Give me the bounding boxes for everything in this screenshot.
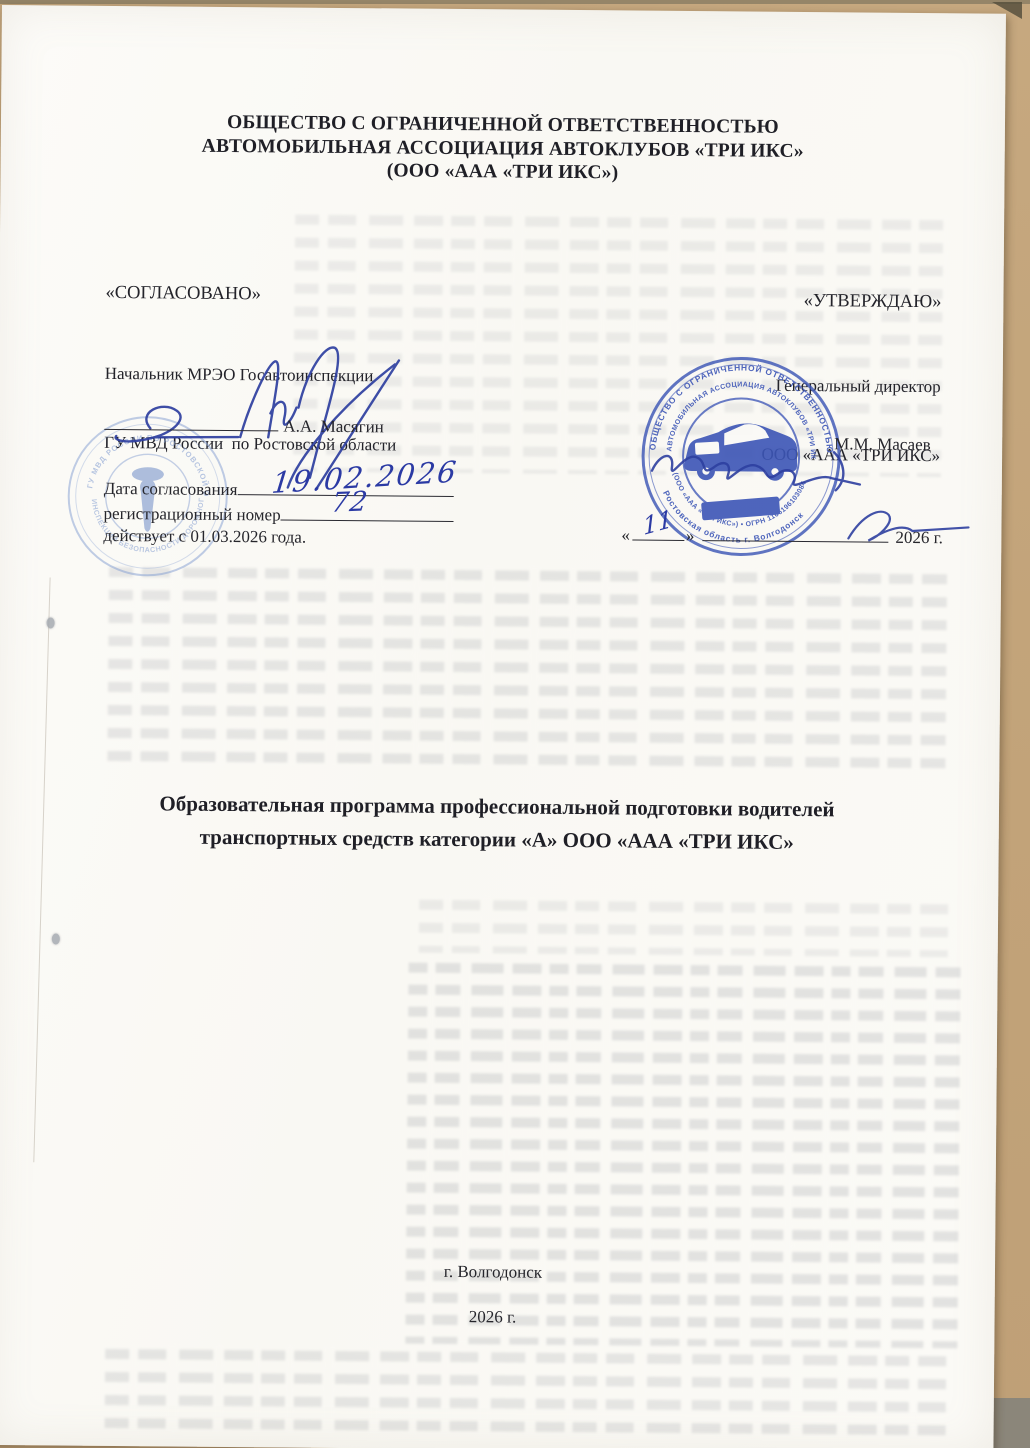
- quote-open: «: [619, 525, 632, 545]
- blank-line: [237, 477, 453, 497]
- bleedthrough-text-area: [105, 1344, 951, 1439]
- signature-line: [104, 412, 278, 432]
- footer-city: г. Волгодонск: [0, 1258, 995, 1287]
- footer-year: 2026 г.: [0, 1303, 995, 1332]
- bleedthrough-text-area: [419, 895, 954, 958]
- agreed-reg-label: регистрационный номер: [103, 504, 280, 526]
- agreed-label: «СОГЛАСОВАНО»: [105, 283, 261, 305]
- month-blank-line: [702, 523, 888, 543]
- staple-mark: [47, 617, 55, 628]
- agreed-date-label: Дата согласования: [104, 479, 238, 500]
- org-header: ОБЩЕСТВО С ОГРАНИЧЕННОЙ ОТВЕТСТВЕННОСТЬЮ…: [0, 109, 1005, 188]
- agreed-valid-from: действует с 01.03.2026 года.: [103, 526, 306, 548]
- bleedthrough-text-area: [107, 562, 947, 771]
- page-crease: [33, 577, 50, 1162]
- approved-date-ink-flourish: [840, 502, 990, 547]
- staple-mark: [52, 933, 60, 944]
- bleedthrough-text-area: [405, 959, 960, 1349]
- blank-line: [281, 502, 454, 522]
- day-blank-line: 11: [632, 523, 684, 541]
- document-title: Образовательная программа профессиональн…: [0, 786, 999, 861]
- quote-close: »: [684, 526, 697, 546]
- agreed-sign-row: А.А. Масягин: [104, 412, 384, 437]
- approved-date-row: « 11 » 2026 г.: [619, 522, 949, 548]
- agreed-signer-name: А.А. Масягин: [283, 416, 384, 436]
- approved-label: «УТВЕРЖДАЮ»: [804, 291, 942, 313]
- agreed-reg-row: регистрационный номер 72: [103, 501, 453, 527]
- photo-background-edge: [0, 0, 1030, 4]
- scanned-document-page: ОБЩЕСТВО С ОГРАНИЧЕННОЙ ОТВЕТСТВЕННОСТЬЮ…: [0, 5, 1006, 1448]
- page-folded-corner: [992, 2, 1022, 19]
- agreed-date-row: Дата согласования 19.02.2026: [104, 476, 454, 502]
- approved-signer-name: М.М. Масаев: [834, 434, 931, 455]
